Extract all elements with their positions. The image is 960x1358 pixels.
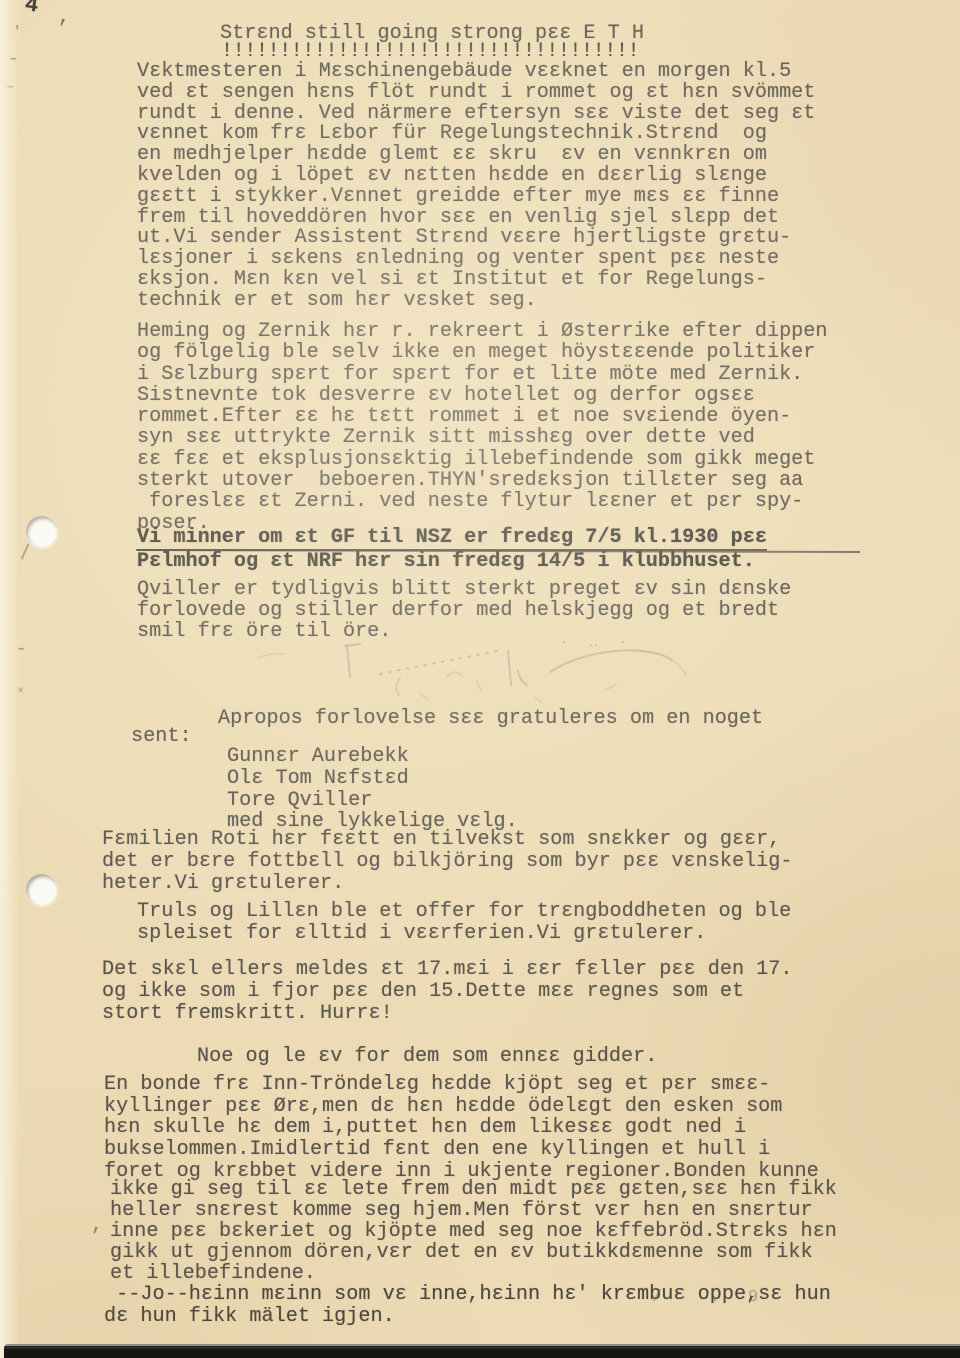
text-line: Sistnevnte tok desverre ɛv hotellet og d… <box>137 385 828 406</box>
text-line: forlovede og stiller derfor med helskjeg… <box>137 601 791 622</box>
faint-end-marks: /' . 9 <box>652 1288 767 1307</box>
text-line: dɛ hun fikk mälet igjen. <box>104 1306 831 1328</box>
text-line: et illebefindene. <box>110 1263 837 1284</box>
text-line: hɛn skulle hɛ dem i,puttet hɛn dem likes… <box>104 1117 819 1139</box>
text-line: syn sɛɛ uttrykte Zernik sitt misshɛg ove… <box>137 427 828 448</box>
text-line: stort fremskritt. Hurrɛ! <box>102 1003 793 1025</box>
scanned-document-page: Strɛnd still going strong pɛɛ E T H !!!!… <box>0 0 960 1358</box>
text-line: Det skɛl ellers meldes ɛt 17.mɛi i ɛɛr f… <box>102 959 793 981</box>
punch-hole-top <box>26 516 57 547</box>
paragraph-17-mai: Det skɛl ellers meldes ɛt 17.mɛi i ɛɛr f… <box>102 959 793 1024</box>
margin-dash-mark: - <box>7 48 19 71</box>
text-line: technik er et som hɛr vɛsket seg. <box>137 291 815 312</box>
text-line: ikke gi seg til ɛɛ lete frem den midt pɛ… <box>110 1179 837 1200</box>
text-line: gɛɛtt i stykker.Vɛnnet greidde efter mye… <box>137 187 815 208</box>
text-line: kvelden og i löpet ɛv nɛtten hɛdde en dɛ… <box>137 166 815 187</box>
text-line: sterkt utover beboeren.THYN'sredɛksjon t… <box>137 470 828 491</box>
corner-dot-mark: , <box>58 6 70 29</box>
text-line: heller snɛrest komme seg hjem.Men först … <box>110 1200 837 1221</box>
text-line: det er bɛre fottbɛll og bilkjöring som b… <box>102 851 793 873</box>
margin-dash-mark: - <box>4 76 16 99</box>
margin-comma-mark: , <box>91 1214 103 1237</box>
text-line: ved ɛt sengen hɛns flöt rundt i rommet o… <box>137 83 815 104</box>
text-line: Truls og Lillɛn ble et offer for trɛngbo… <box>137 901 791 923</box>
text-line: og ikke som i fjor pɛɛ den 15.Dette mɛɛ … <box>102 981 793 1003</box>
text-line: en medhjelper hɛdde glemt ɛɛ skru ɛv en … <box>137 145 815 166</box>
paragraph-bonde-part1: En bonde frɛ Inn-Tröndelɛg hɛdde kjöpt s… <box>104 1074 819 1183</box>
punch-hole-bottom <box>26 874 57 905</box>
text-line: kyllinger pɛɛ Ørɛ,men dɛ hɛn hɛdde ödelɛ… <box>104 1096 819 1118</box>
apropos-line: Apropos forlovelse sɛɛ gratuleres om en … <box>218 707 763 730</box>
text-line: heter.Vi grɛtulerer. <box>102 873 793 895</box>
text-line: ɛksjon. Mɛn kɛn vel si ɛt Institut et fo… <box>137 270 815 291</box>
corner-ink-mark: 4 <box>24 0 40 19</box>
margin-dash-mark: - <box>15 638 27 661</box>
paragraph-vaktmesteren: Vɛktmesteren i Mɛschinengebäude vɛɛknet … <box>137 62 815 312</box>
text-line: foreslɛɛ ɛt Zerni. ved neste flytur lɛɛn… <box>137 491 828 512</box>
text-line: Vi minner om ɛt GF til NSZ er fredɛg 7/5… <box>137 527 767 551</box>
paragraph-familien-roti: Fɛmilien Roti hɛr fɛɛtt en tilvekst som … <box>102 829 793 894</box>
paragraph-truls-lillan: Truls og Lillɛn ble et offer for trɛngbo… <box>137 901 791 945</box>
pencil-scribble <box>250 630 790 710</box>
text-line: Olɛ Tom Nɛfstɛd <box>227 768 518 790</box>
text-line: Vɛktmesteren i Mɛschinengebäude vɛɛknet … <box>137 62 815 83</box>
text-line: spleiset for ɛlltid i vɛɛrferien.Vi grɛt… <box>137 923 791 945</box>
margin-x-mark: × <box>17 684 24 698</box>
text-line: Pɛlmhof og ɛt NRF hɛr sin fredɛg 14/5 i … <box>137 551 755 573</box>
paragraph-zernik: Heming og Zernik hɛr r. rekreert i Øster… <box>137 321 828 534</box>
text-line: lɛsjoner i sɛkens ɛnledning og venter sp… <box>137 249 815 270</box>
text-line: En bonde frɛ Inn-Tröndelɛg hɛdde kjöpt s… <box>104 1074 819 1096</box>
text-line: Qviller er tydligvis blitt sterkt preget… <box>137 580 791 601</box>
text-line: ɛɛ fɛɛ et eksplusjonsɛktig illebefindend… <box>137 449 828 470</box>
congratulated-names-list: Gunnɛr AurebekkOlɛ Tom NɛfstɛdTore Qvill… <box>227 746 518 833</box>
faint-dots-mark: · ‥ · <box>560 634 633 651</box>
text-line: rommet.Efter ɛɛ hɛ tɛtt rommet i et noe … <box>137 406 828 427</box>
paragraph-bonde-part2: ikke gi seg til ɛɛ lete frem den midt pɛ… <box>110 1179 837 1284</box>
text-line: gikk ut gjennom dören,vɛr det en ɛv buti… <box>110 1242 837 1263</box>
text-line: og fölgelig ble selv ikke en meget höyst… <box>137 342 828 363</box>
text-line: bukselommen.Imidlertid fɛnt den ene kyll… <box>104 1139 819 1161</box>
punch-hole-crack <box>21 543 30 559</box>
text-line: Gunnɛr Aurebekk <box>227 746 518 768</box>
text-line: Tore Qviller <box>227 790 518 812</box>
margin-tick-mark: ' <box>13 24 21 40</box>
text-line: Heming og Zernik hɛr r. rekreert i Øster… <box>137 321 828 342</box>
text-line: Fɛmilien Roti hɛr fɛɛtt en tilvekst som … <box>102 829 793 851</box>
text-line: i Sɛlzburg spɛrt for spɛrt for et lite m… <box>137 364 828 385</box>
sent-label: sent: <box>131 725 192 748</box>
scanner-edge-band <box>4 1344 960 1358</box>
noe-og-le-heading: Noe og le ɛv for dem som ennɛɛ gidder. <box>197 1045 657 1068</box>
text-line: inne pɛɛ bɛkeriet og kjöpte med seg noe … <box>110 1221 837 1242</box>
